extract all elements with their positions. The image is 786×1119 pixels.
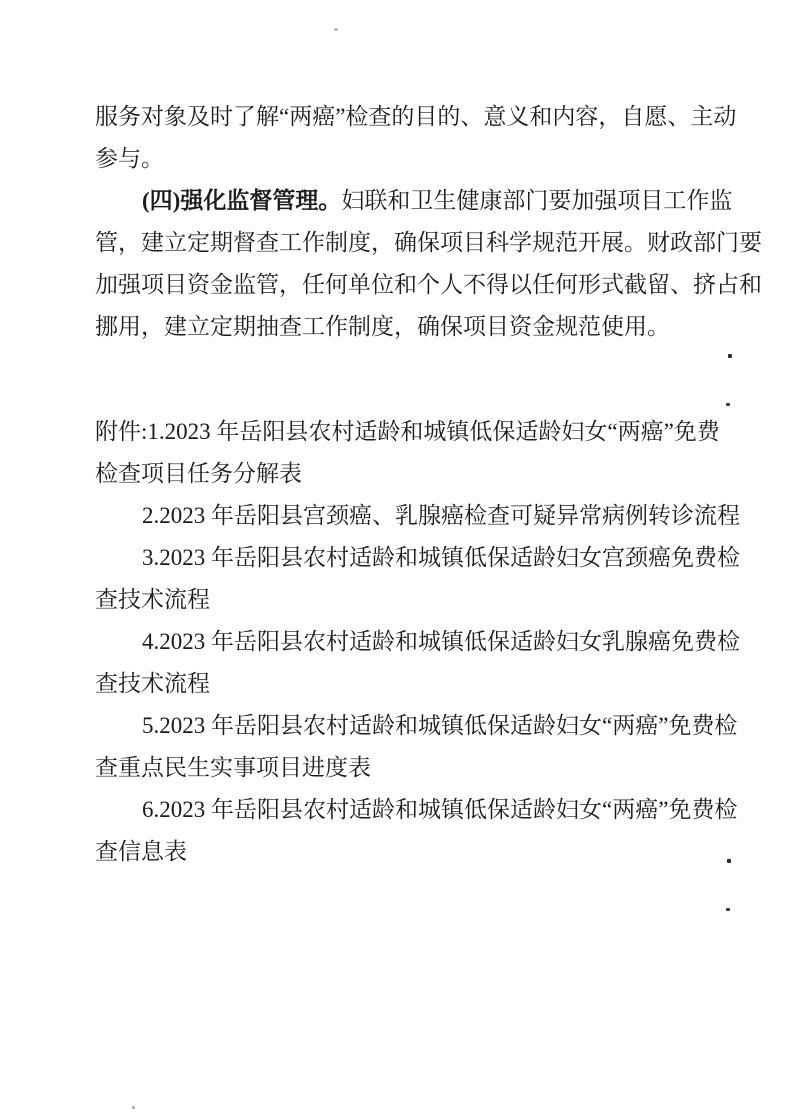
scan-artifact-dot [334, 28, 338, 31]
scan-artifact-dot [607, 330, 610, 333]
attachment-item-1-line-2: 检查项目任务分解表 [95, 453, 735, 495]
document-body: 服务对象及时了解“两癌”检查的目的、意义和内容，自愿、主动 参与。 (四)强化监… [95, 96, 735, 873]
paragraph-service-participation: 服务对象及时了解“两癌”检查的目的、意义和内容，自愿、主动 参与。 [95, 96, 735, 180]
attachment-item-5-line-2: 查重点民生实事项目进度表 [95, 747, 735, 789]
scan-artifact-dot [726, 403, 730, 406]
scan-artifact-dot [727, 859, 731, 863]
attachment-item-3-line-1: 3.2023 年岳阳县农村适龄和城镇低保适龄妇女宫颈癌免费检 [95, 537, 735, 579]
text-line: 参与。 [95, 138, 735, 180]
attachments-list: 附件:1.2023 年岳阳县农村适龄和城镇低保适龄妇女“两癌”免费 检查项目任务… [95, 411, 735, 873]
text-line: 挪用，建立定期抽查工作制度，确保项目资金规范使用。 [95, 306, 735, 348]
scanned-document-page: 服务对象及时了解“两癌”检查的目的、意义和内容，自愿、主动 参与。 (四)强化监… [0, 0, 786, 1119]
attachment-item-3-line-2: 查技术流程 [95, 579, 735, 621]
text-line: (四)强化监督管理。妇联和卫生健康部门要加强项目工作监 [95, 180, 735, 222]
attachment-item-1-line-1: 附件:1.2023 年岳阳县农村适龄和城镇低保适龄妇女“两癌”免费 [95, 411, 735, 453]
scan-artifact-dot [728, 354, 732, 358]
section-heading-four: (四)强化监督管理。 [142, 188, 341, 213]
text-run: 妇联和卫生健康部门要加强项目工作监 [341, 188, 732, 213]
attachment-item-5-line-1: 5.2023 年岳阳县农村适龄和城镇低保适龄妇女“两癌”免费检 [95, 705, 735, 747]
text-line: 加强项目资金监管，任何单位和个人不得以任何形式截留、挤占和 [95, 264, 735, 306]
attachment-item-6-line-1: 6.2023 年岳阳县农村适龄和城镇低保适龄妇女“两癌”免费检 [95, 789, 735, 831]
scan-artifact-dot [726, 908, 730, 911]
attachment-item-6-line-2: 查信息表 [95, 831, 735, 873]
attachment-item-4-line-1: 4.2023 年岳阳县农村适龄和城镇低保适龄妇女乳腺癌免费检 [95, 621, 735, 663]
attachment-item-4-line-2: 查技术流程 [95, 663, 735, 705]
text-line: 服务对象及时了解“两癌”检查的目的、意义和内容，自愿、主动 [95, 96, 735, 138]
attachment-item-2: 2.2023 年岳阳县宫颈癌、乳腺癌检查可疑异常病例转诊流程 [95, 495, 735, 537]
text-line: 管，建立定期督查工作制度，确保项目科学规范开展。财政部门要 [95, 222, 735, 264]
scan-artifact-dot [132, 1106, 135, 1109]
paragraph-supervision-management: (四)强化监督管理。妇联和卫生健康部门要加强项目工作监 管，建立定期督查工作制度… [95, 180, 735, 348]
